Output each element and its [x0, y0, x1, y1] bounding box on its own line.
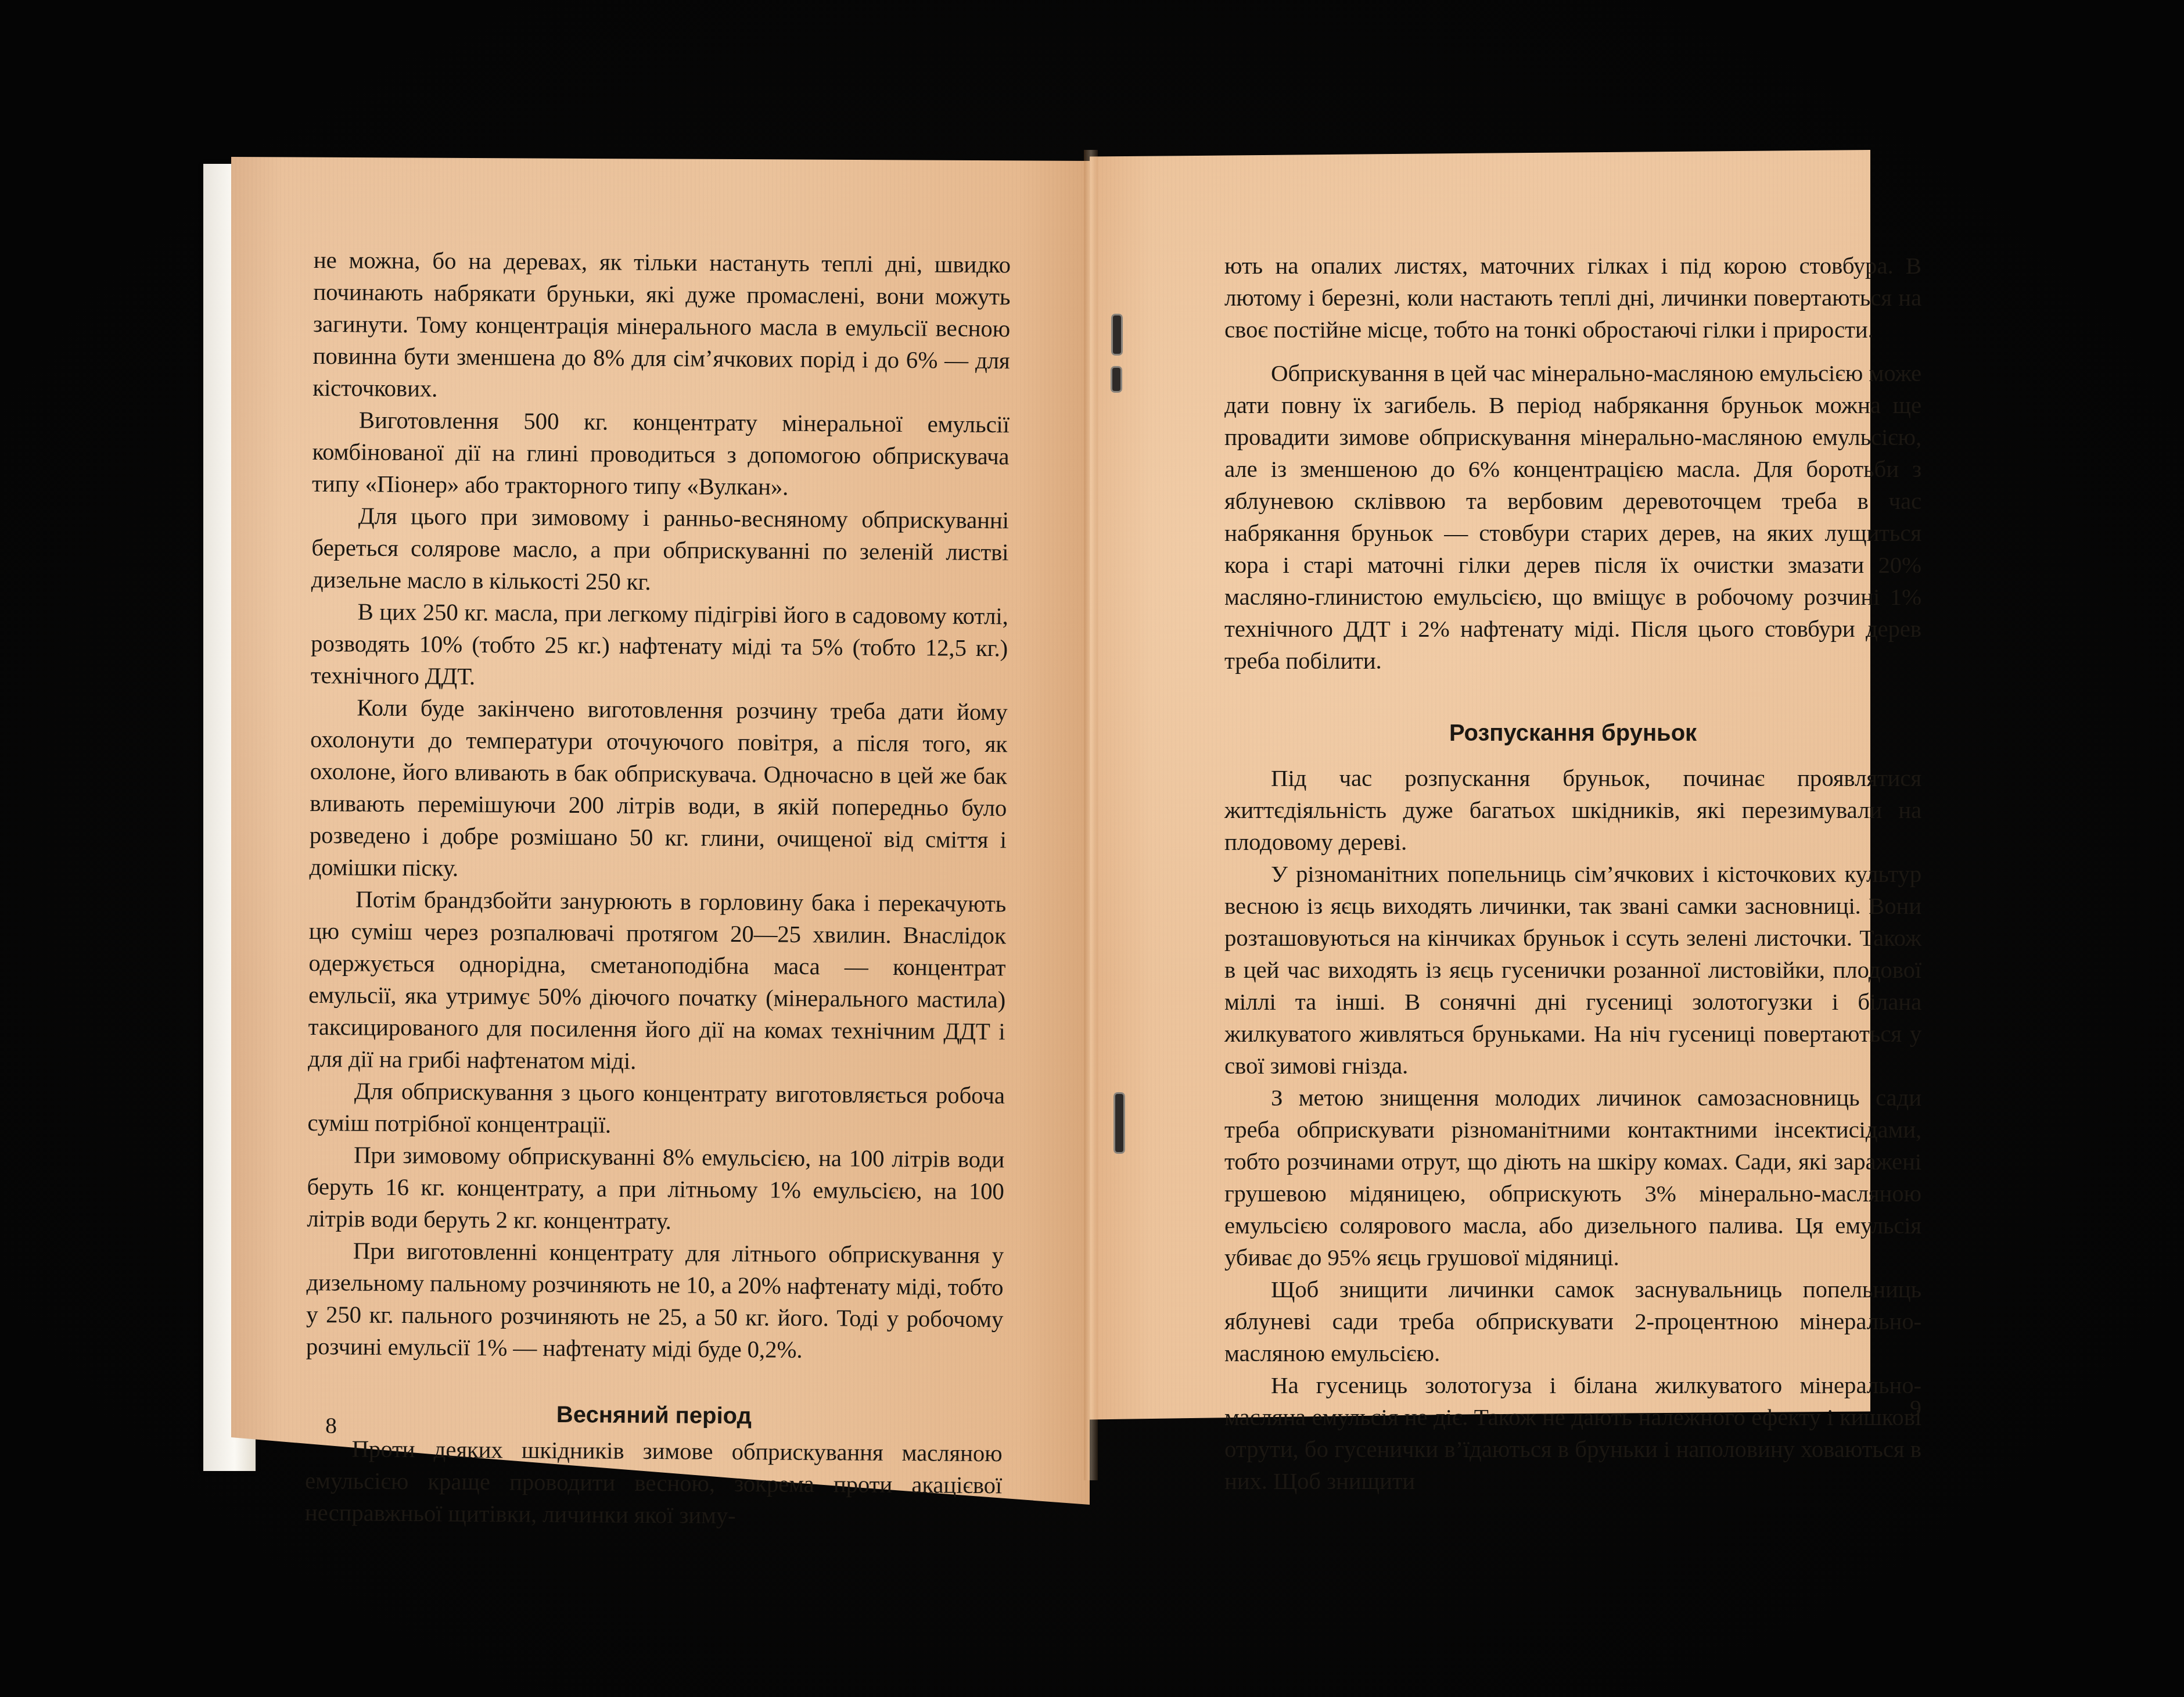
paragraph: ють на опалих листях, маточних гілках і … [1224, 250, 1921, 346]
paragraph: Під час розпускання бруньок, починає про… [1224, 762, 1921, 858]
section-heading: Весняний період [306, 1397, 1003, 1434]
paragraph: В цих 250 кг. масла, при легкому підігрі… [311, 595, 1008, 696]
spine-gutter [1084, 150, 1098, 1480]
paragraph: При зимовому обприскуванні 8% емульсією,… [307, 1139, 1004, 1239]
staple-icon [1113, 1092, 1125, 1154]
paragraph: Виготовлення 500 кг. концентрату мінерал… [312, 404, 1010, 504]
booklet-spread: не можна, бо на деревах, як тільки наста… [0, 0, 2184, 1697]
right-page-text: ють на опалих листях, маточних гілках і … [1224, 250, 1921, 1497]
paragraph: На гусениць золотогуза і білана жилкуват… [1224, 1369, 1921, 1497]
section-heading: Розпускання бруньок [1224, 717, 1921, 749]
paragraph: Для обприскування з цього концентрату ви… [307, 1075, 1005, 1143]
paragraph: Для цього при зимовому і ранньо-весняном… [311, 500, 1009, 600]
paragraph: не можна, бо на деревах, як тільки наста… [312, 244, 1011, 408]
paragraph: Щоб знищити личинки самок заснувальниць … [1224, 1273, 1921, 1369]
paragraph: При виготовленні концентрату для літньог… [306, 1235, 1004, 1367]
staple-icon [1111, 366, 1122, 393]
page-number: 8 [325, 1412, 337, 1439]
paragraph: Потім брандзбойти занурюють в горловину … [308, 883, 1006, 1079]
page-number: 9 [1910, 1394, 1921, 1422]
staple-icon [1111, 314, 1123, 356]
paragraph: Коли буде закінчено виготовлення розчину… [309, 691, 1007, 888]
paragraph: Обприскування в цей час мінерально-масля… [1224, 357, 1921, 677]
left-page-text: не можна, бо на деревах, як тільки наста… [305, 244, 1011, 1533]
paragraph: У різноманітних попельниць сім’ячкових і… [1224, 858, 1921, 1082]
paragraph: Проти деяких шкідників зимове обприскува… [305, 1433, 1003, 1533]
paragraph: З метою знищення молодих личинок самозас… [1224, 1082, 1921, 1273]
